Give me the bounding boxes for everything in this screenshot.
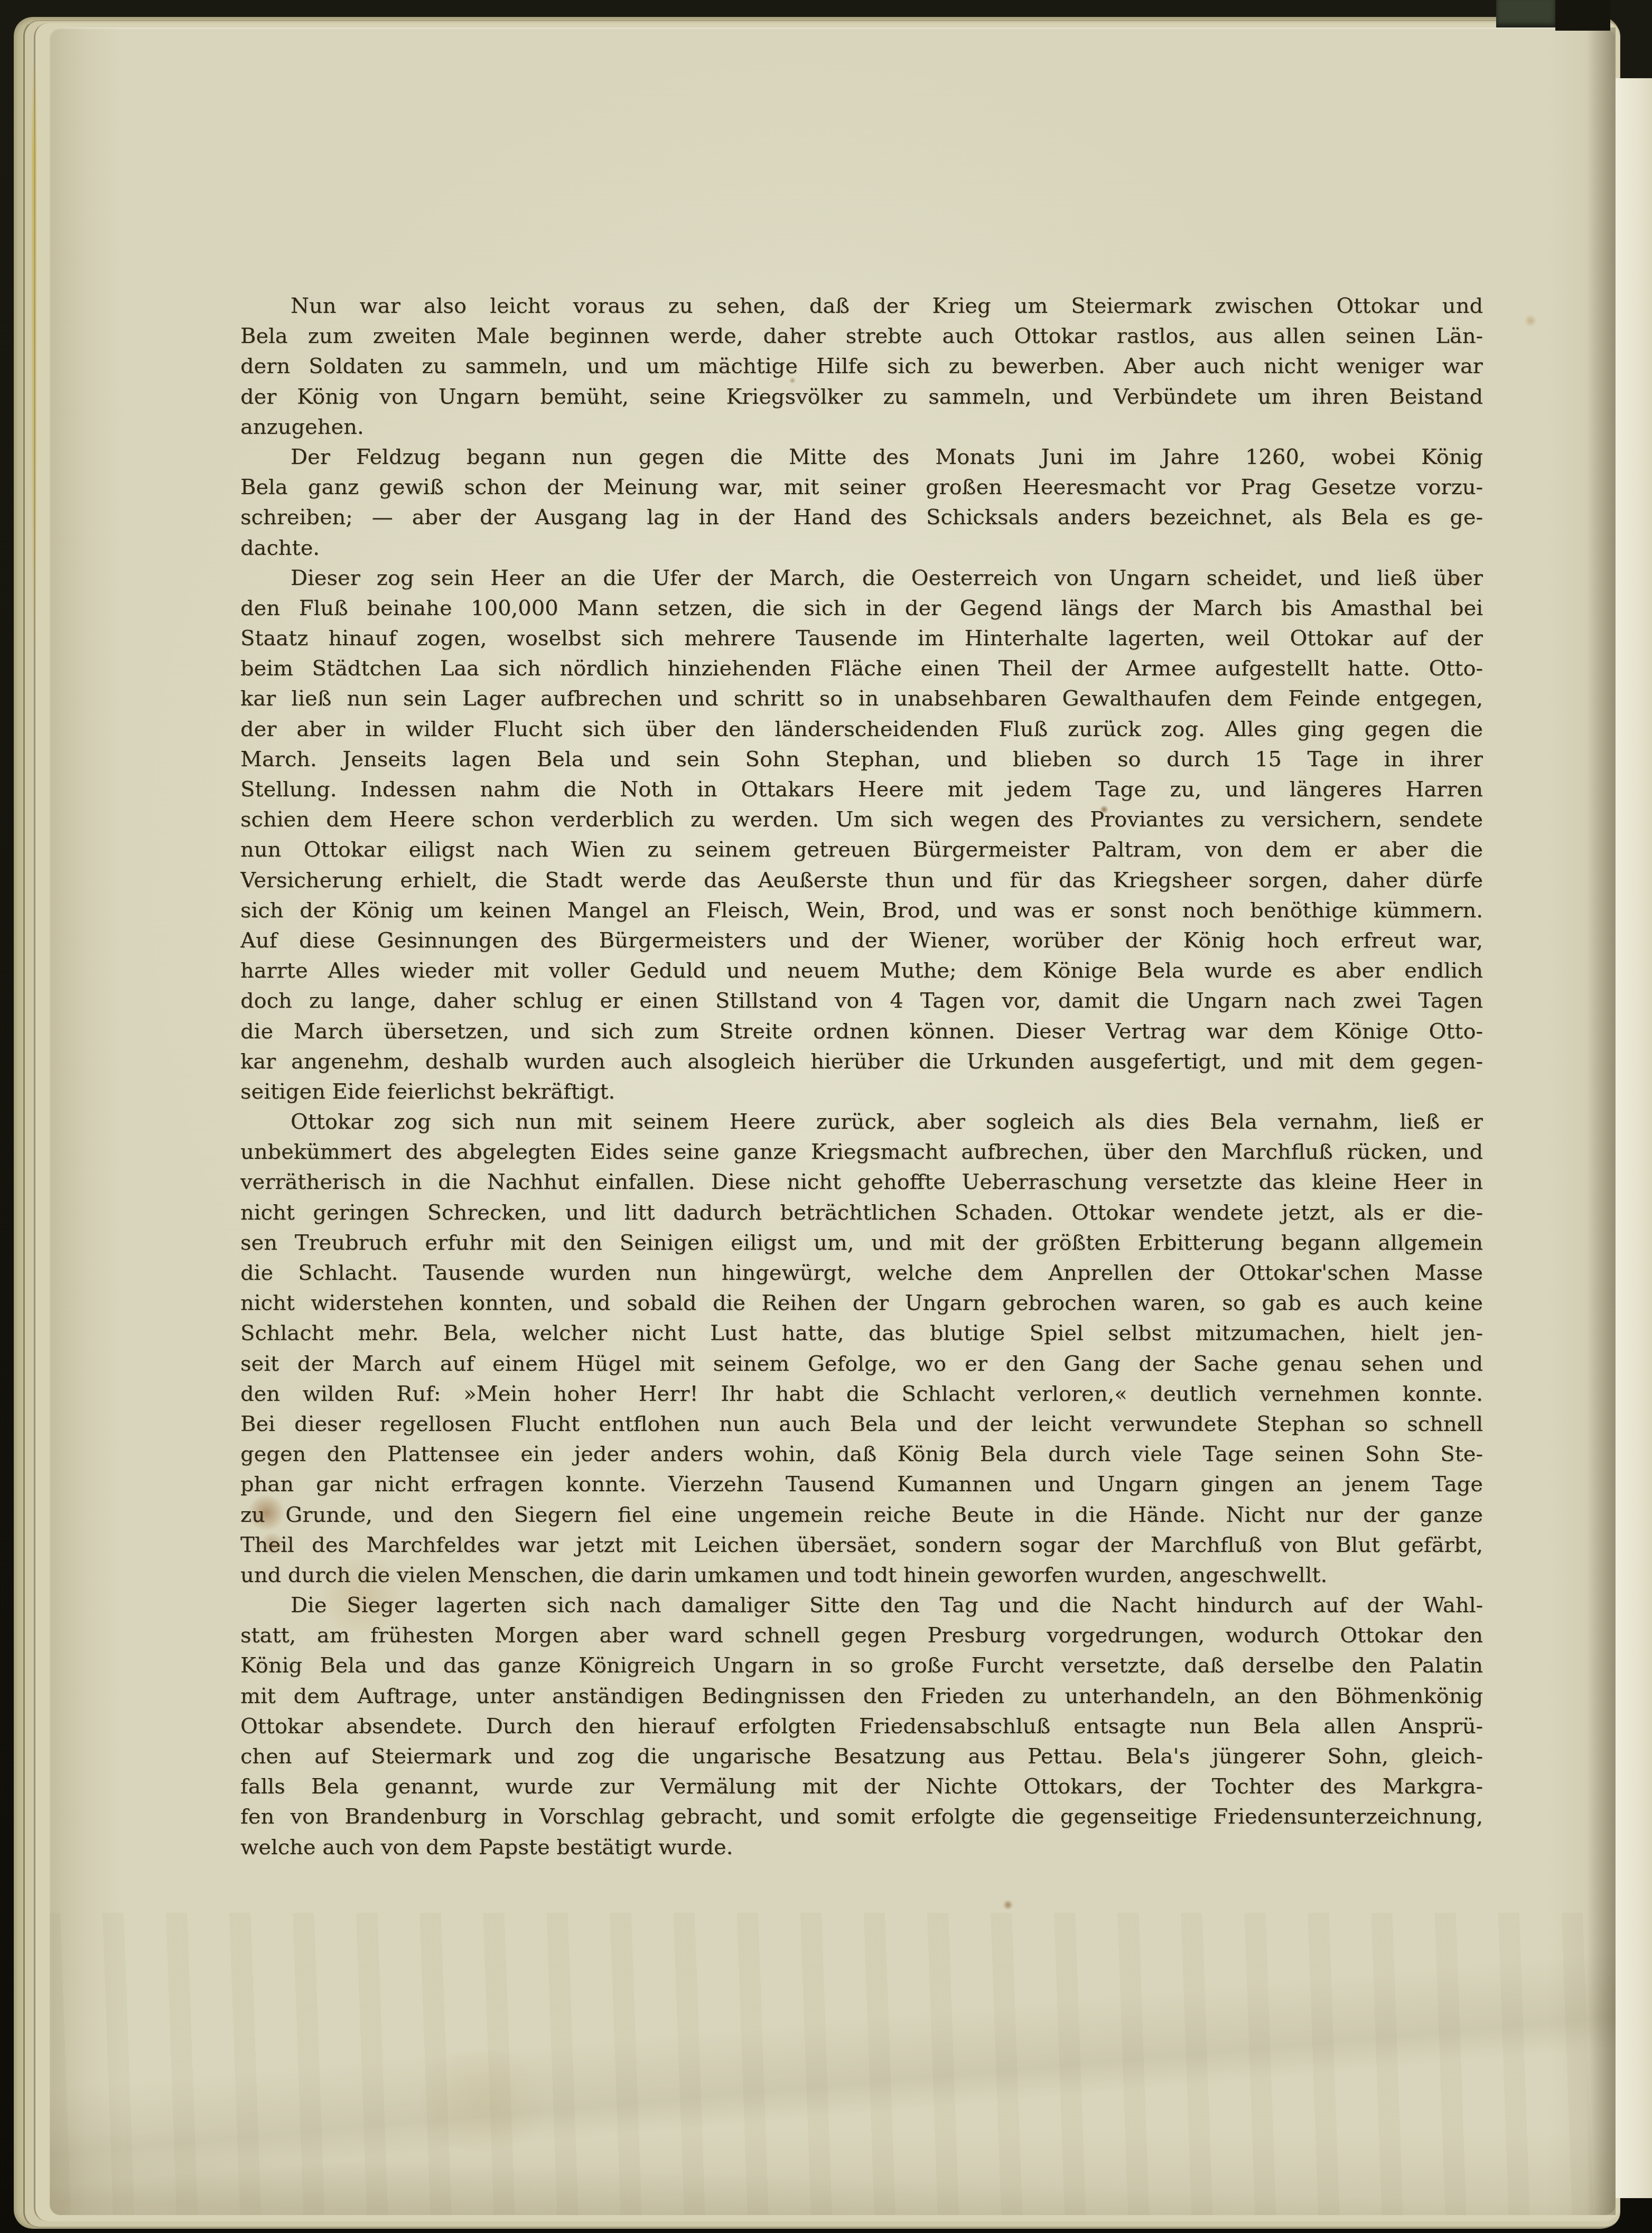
page-text: Nun war also leicht voraus zu sehen, daß… — [240, 291, 1483, 1863]
text-line: Theil des Marchfeldes war jetzt mit Leic… — [240, 1530, 1483, 1560]
text-line: phan gar nicht erfragen konnte. Vierzehn… — [240, 1469, 1483, 1500]
binding-cloth-patch — [1496, 0, 1555, 27]
text-line: Auf diese Gesinnungen des Bürgermeisters… — [240, 926, 1483, 956]
text-line: nicht geringen Schrecken, und litt dadur… — [240, 1198, 1483, 1228]
text-line: der aber in wilder Flucht sich über den … — [240, 714, 1483, 745]
text-line: schreiben; — aber der Ausgang lag in der… — [240, 503, 1483, 533]
text-line: dachte. — [240, 533, 1483, 563]
text-line: kar ließ nun sein Lager aufbrechen und s… — [240, 684, 1483, 714]
text-line: König Bela und das ganze Königreich Unga… — [240, 1651, 1483, 1681]
text-line: Die Sieger lagerten sich nach damaliger … — [240, 1590, 1483, 1621]
text-line: zu Grunde, und den Siegern fiel eine ung… — [240, 1500, 1483, 1530]
text-line: verrätherisch in die Nachhut einfallen. … — [240, 1167, 1483, 1197]
text-line: mit dem Auftrage, unter anständigen Bedi… — [240, 1681, 1483, 1711]
text-line: Ottokar absendete. Durch den hierauf erf… — [240, 1711, 1483, 1742]
text-line: und durch die vielen Menschen, die darin… — [240, 1560, 1483, 1590]
next-page-edge — [1616, 78, 1652, 2198]
text-line: Staatz hinauf zogen, woselbst sich mehre… — [240, 624, 1483, 654]
text-line: sich der König um keinen Mangel an Fleis… — [240, 896, 1483, 926]
page-edge-yellow-tint — [32, 63, 36, 645]
text-line: die March übersetzen, und sich zum Strei… — [240, 1017, 1483, 1047]
text-line: die Schlacht. Tausende wurden nun hingew… — [240, 1258, 1483, 1288]
text-line: schien dem Heere schon verderblich zu we… — [240, 805, 1483, 835]
text-line: Bela zum zweiten Male beginnen werde, da… — [240, 321, 1483, 351]
text-line: seit der March auf einem Hügel mit seine… — [240, 1349, 1483, 1379]
text-line: der König von Ungarn bemüht, seine Krieg… — [240, 382, 1483, 412]
text-line: nicht widerstehen konnten, und sobald di… — [240, 1288, 1483, 1318]
text-line: falls Bela genannt, wurde zur Vermälung … — [240, 1772, 1483, 1802]
text-line: Bei dieser regellosen Flucht entflohen n… — [240, 1409, 1483, 1439]
text-line: chen auf Steiermark und zog die ungarisc… — [240, 1742, 1483, 1772]
text-line: Ottokar zog sich nun mit seinem Heere zu… — [240, 1107, 1483, 1137]
text-line: harrte Alles wieder mit voller Geduld un… — [240, 956, 1483, 986]
text-line: nun Ottokar eiligst nach Wien zu seinem … — [240, 835, 1483, 865]
text-line: Stellung. Indessen nahm die Noth in Otta… — [240, 775, 1483, 805]
text-line: welche auch von dem Papste bestätigt wur… — [240, 1832, 1483, 1863]
text-line: dern Soldaten zu sammeln, und um mächtig… — [240, 351, 1483, 382]
text-line: beim Städtchen Laa sich nördlich hinzieh… — [240, 654, 1483, 684]
text-line: fen von Brandenburg in Vorschlag gebrach… — [240, 1802, 1483, 1832]
text-line: sen Treubruch erfuhr mit den Seinigen ei… — [240, 1228, 1483, 1258]
text-line: kar angenehm, deshalb wurden auch alsogl… — [240, 1047, 1483, 1077]
text-line: Versicherung erhielt, die Stadt werde da… — [240, 866, 1483, 896]
text-line: den wilden Ruf: »Mein hoher Herr! Ihr ha… — [240, 1379, 1483, 1409]
binding-shadow-patch — [1555, 0, 1610, 31]
text-line: den Fluß beinahe 100,000 Mann setzen, di… — [240, 593, 1483, 624]
text-line: Nun war also leicht voraus zu sehen, daß… — [240, 291, 1483, 321]
text-line: statt, am frühesten Morgen aber ward sch… — [240, 1621, 1483, 1651]
text-line: unbekümmert des abgelegten Eides seine g… — [240, 1137, 1483, 1167]
text-line: anzugehen. — [240, 412, 1483, 442]
text-line: doch zu lange, daher schlug er einen Sti… — [240, 986, 1483, 1016]
text-line: Schlacht mehr. Bela, welcher nicht Lust … — [240, 1318, 1483, 1348]
text-line: Dieser zog sein Heer an die Ufer der Mar… — [240, 563, 1483, 593]
book-scan: Nun war also leicht voraus zu sehen, daß… — [0, 0, 1652, 2233]
text-line: March. Jenseits lagen Bela und sein Sohn… — [240, 745, 1483, 775]
text-line: seitigen Eide feierlichst bekräftigt. — [240, 1077, 1483, 1107]
gutter-fold-shadow — [1587, 27, 1616, 2215]
paper-wrinkle-shading — [50, 1913, 1616, 2215]
text-line: Bela ganz gewiß schon der Meinung war, m… — [240, 472, 1483, 503]
text-line: gegen den Plattensee ein jeder anders wo… — [240, 1439, 1483, 1469]
text-line: Der Feldzug begann nun gegen die Mitte d… — [240, 442, 1483, 472]
